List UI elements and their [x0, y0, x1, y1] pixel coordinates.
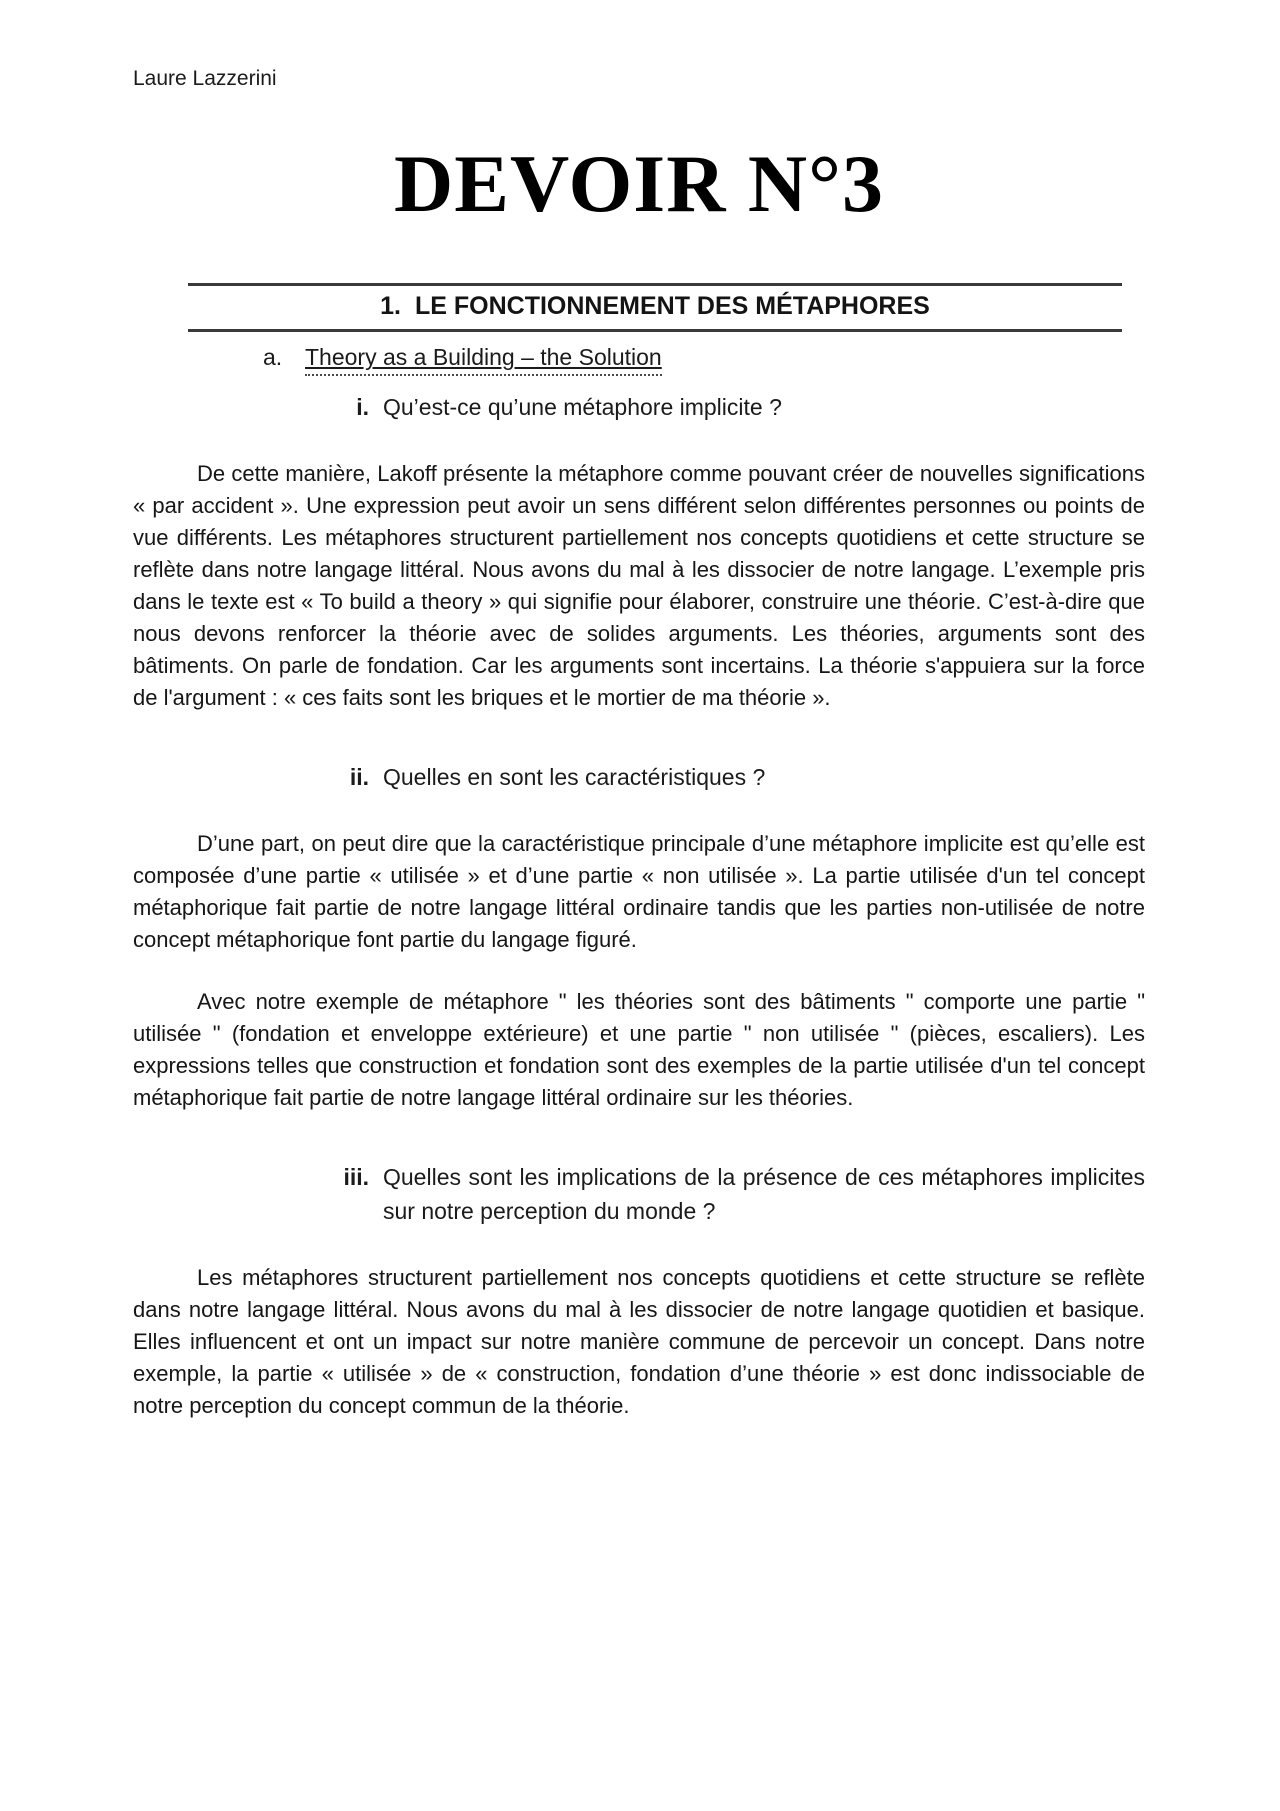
question-numeral-ii: ii.: [133, 760, 383, 794]
subsection-marker: a.: [263, 342, 291, 372]
question-label-iii: Quelles sont les implications de la prés…: [383, 1160, 1145, 1228]
question-heading-ii: ii. Quelles en sont les caractéristiques…: [133, 760, 1145, 794]
section-heading: 1.LE FONCTIONNEMENT DES MÉTAPHORES: [188, 283, 1122, 332]
body-paragraph-4: Les métaphores structurent partiellement…: [133, 1262, 1145, 1422]
author-line: Laure Lazzerini: [133, 0, 1145, 92]
body-paragraph-3: Avec notre exemple de métaphore " les th…: [133, 986, 1145, 1114]
question-heading-iii: iii. Quelles sont les implications de la…: [133, 1160, 1145, 1228]
document-page: Laure Lazzerini DEVOIR N°3 1.LE FONCTION…: [0, 0, 1280, 1811]
page-title: DEVOIR N°3: [133, 140, 1145, 229]
document-content: Laure Lazzerini DEVOIR N°3 1.LE FONCTION…: [133, 0, 1145, 1422]
section-title: LE FONCTIONNEMENT DES MÉTAPHORES: [415, 292, 930, 320]
body-paragraph-2: D’une part, on peut dire que la caractér…: [133, 828, 1145, 956]
subsection-title: Theory as a Building – the Solution: [305, 342, 662, 376]
question-label-ii: Quelles en sont les caractéristiques ?: [383, 760, 1145, 794]
question-numeral-iii: iii.: [133, 1160, 383, 1194]
section-number: 1.: [380, 292, 401, 320]
question-label-i: Qu’est-ce qu’une métaphore implicite ?: [383, 390, 1145, 424]
question-heading-i: i. Qu’est-ce qu’une métaphore implicite …: [133, 390, 1145, 424]
body-paragraph-1: De cette manière, Lakoff présente la mét…: [133, 458, 1145, 714]
question-numeral-i: i.: [133, 390, 383, 424]
subsection-heading: a. Theory as a Building – the Solution: [133, 342, 1145, 376]
